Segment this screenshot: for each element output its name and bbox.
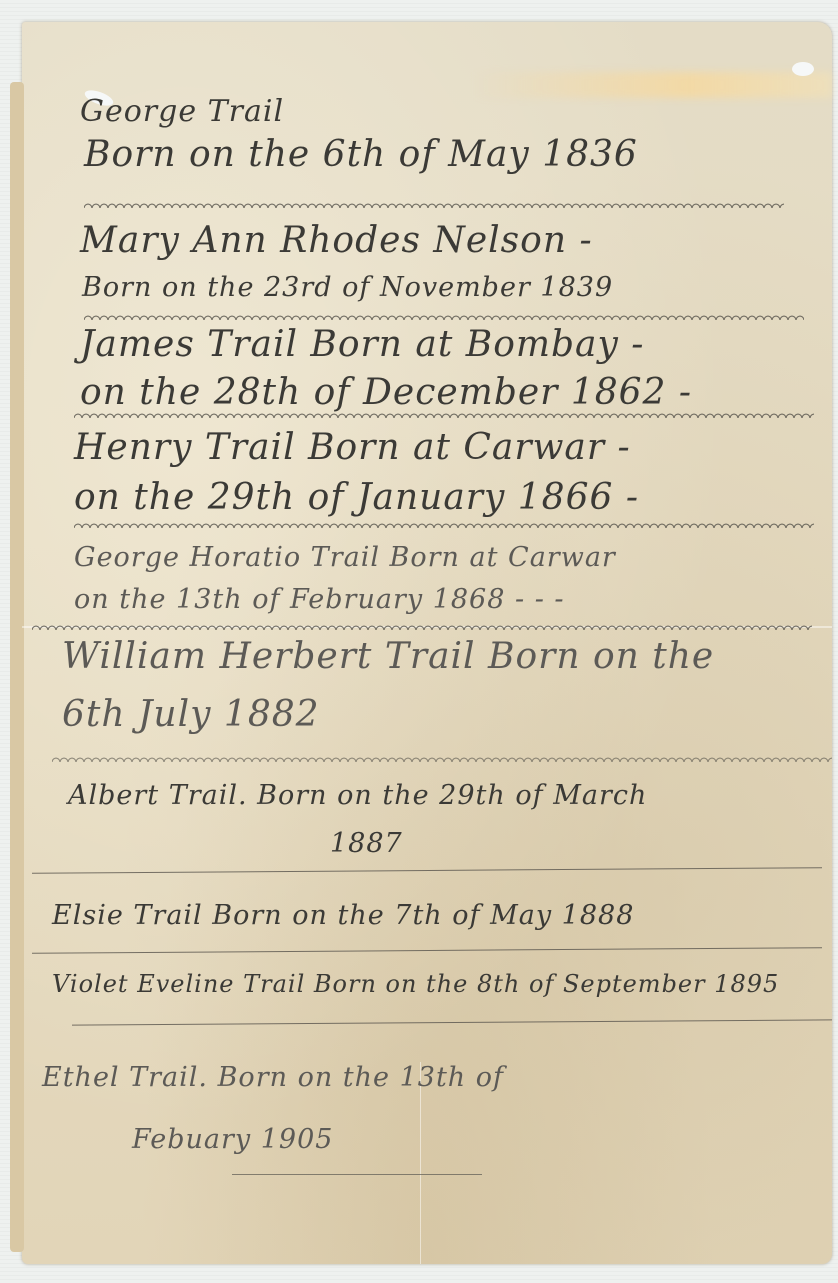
entry-mary-ann-line-2: Born on the 23rd of November 1839 — [82, 272, 613, 303]
entry-william-herbert-line-2: 6th July 1882 — [62, 694, 320, 735]
separator — [32, 867, 822, 874]
separator — [74, 410, 814, 418]
entry-mary-ann-line-1: Mary Ann Rhodes Nelson - — [80, 220, 593, 261]
entry-violet-eveline-trail: Violet Eveline Trail Born on the 8th of … — [52, 970, 779, 998]
entry-george-horatio-line-1: George Horatio Trail Born at Carwar — [74, 542, 616, 573]
separator — [32, 622, 812, 630]
separator — [74, 520, 814, 528]
entry-elsie-trail: Elsie Trail Born on the 7th of May 1888 — [52, 900, 634, 931]
entry-george-horatio-line-2: on the 13th of February 1868 - - - — [74, 584, 565, 615]
document-page: George Trail Born on the 6th of May 1836… — [22, 22, 832, 1264]
entry-william-herbert-line-1: William Herbert Trail Born on the — [62, 636, 714, 677]
entry-ethel-trail-line-2: Febuary 1905 — [132, 1124, 333, 1155]
entry-george-trail-line-1: George Trail — [80, 94, 284, 129]
closing-underline — [232, 1174, 482, 1175]
entry-henry-trail-line-2: on the 29th of January 1866 - — [74, 477, 639, 518]
separator — [84, 200, 784, 208]
separator — [32, 947, 822, 954]
light-glare — [472, 72, 832, 98]
entry-ethel-trail-line-1: Ethel Trail. Born on the 13th of — [42, 1062, 504, 1093]
entry-james-trail-line-2: on the 28th of December 1862 - — [80, 372, 692, 413]
separator — [84, 312, 804, 320]
entry-james-trail-line-1: James Trail Born at Bombay - — [80, 324, 644, 365]
separator — [72, 1019, 832, 1025]
entry-albert-trail-line-2: 1887 — [330, 828, 403, 859]
separator — [52, 754, 832, 762]
entry-george-trail-line-2: Born on the 6th of May 1836 — [84, 134, 638, 175]
entry-henry-trail-line-1: Henry Trail Born at Carwar - — [74, 427, 631, 468]
paper-hole — [792, 62, 814, 76]
entry-albert-trail-line-1: Albert Trail. Born on the 29th of March — [68, 780, 647, 811]
